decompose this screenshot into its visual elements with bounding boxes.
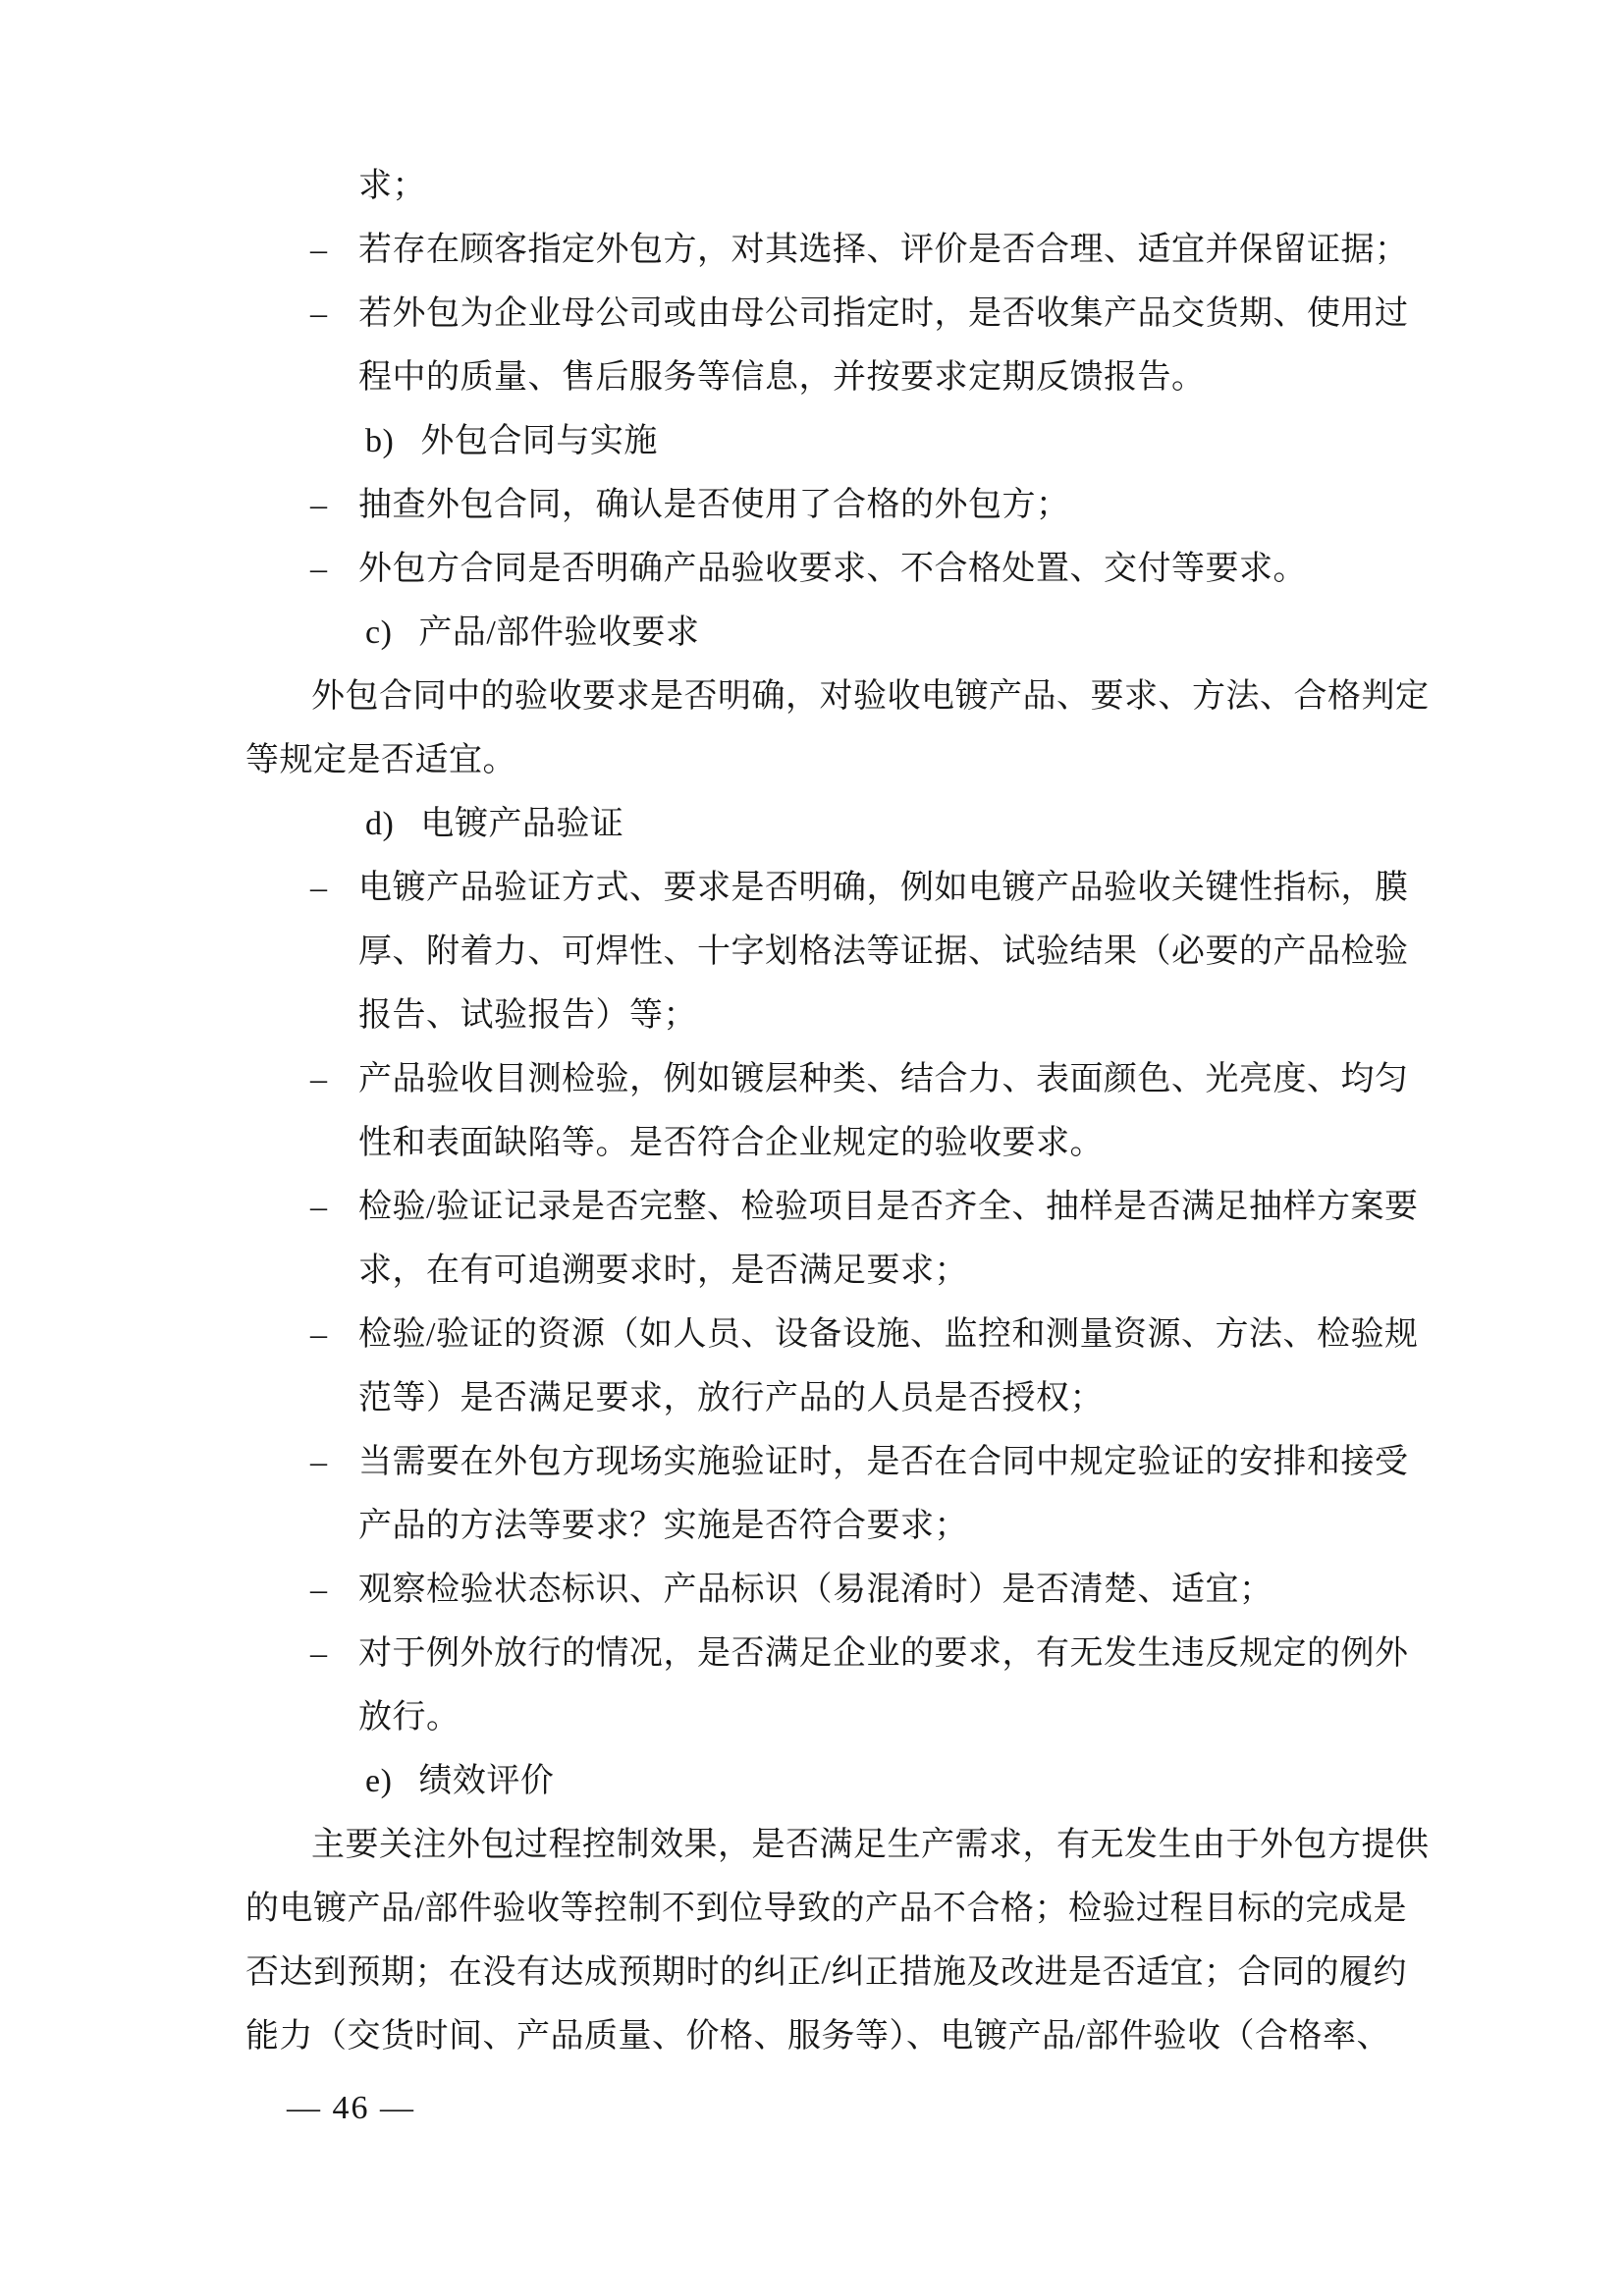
section-title: 电镀产品验证 [420,806,623,842]
dash-marker: – [310,856,328,920]
list-continuation-line: 放行。 [245,1685,1399,1749]
dash-marker: – [310,1558,328,1622]
list-item-text: 当需要在外包方现场实施验证时，是否在合同中规定验证的安排和接受 [358,1444,1409,1480]
list-item-dash: –检验/验证记录是否完整、检验项目是否齐全、抽样是否满足抽样方案要 [245,1175,1399,1239]
list-item-text: 外包方合同是否明确产品验收要求、不合格处置、交付等要求。 [358,551,1307,587]
page-number-footer: — 46 — [287,2076,415,2140]
list-item-text: 电镀产品验证方式、要求是否明确，例如电镀产品验收关键性指标，膜 [358,870,1409,906]
dash-marker: – [310,282,328,346]
dash-marker: – [310,537,328,601]
list-continuation-line: 性和表面缺陷等。是否符合企业规定的验收要求。 [245,1111,1399,1175]
list-item-dash: –检验/验证的资源（如人员、设备设施、监控和测量资源、方法、检验规 [245,1303,1399,1366]
list-item-dash: –电镀产品验证方式、要求是否明确，例如电镀产品验收关键性指标，膜 [245,856,1399,920]
list-item-text: 检验/验证记录是否完整、检验项目是否齐全、抽样是否满足抽样方案要 [358,1189,1418,1225]
section-header: e)绩效评价 [245,1749,1399,1813]
section-title: 外包合同与实施 [420,423,658,459]
paragraph-line: 否达到预期；在没有达成预期时的纠正/纠正措施及改进是否适宜；合同的履约 [245,1941,1399,2004]
section-header: d)电镀产品验证 [245,792,1399,856]
section-letter: e) [365,1749,392,1813]
section-letter: b) [365,409,394,473]
dash-marker: – [310,1622,328,1685]
paragraph-line: 等规定是否适宜。 [245,728,1399,792]
list-continuation-line: 求； [245,154,1399,218]
list-item-dash: –当需要在外包方现场实施验证时，是否在合同中规定验证的安排和接受 [245,1430,1399,1494]
paragraph-line: 的电镀产品/部件验收等控制不到位导致的产品不合格；检验过程目标的完成是 [245,1877,1399,1941]
list-item-text: 检验/验证的资源（如人员、设备设施、监控和测量资源、方法、检验规 [358,1316,1418,1353]
section-header: c)产品/部件验收要求 [245,601,1399,665]
paragraph-line: 能力（交货时间、产品质量、价格、服务等）、电镀产品/部件验收（合格率、 [245,2004,1399,2068]
list-continuation-line: 报告、试验报告）等； [245,984,1399,1047]
list-item-dash: –若存在顾客指定外包方，对其选择、评价是否合理、适宜并保留证据； [245,218,1399,282]
list-item-dash: –若外包为企业母公司或由母公司指定时，是否收集产品交货期、使用过 [245,282,1399,346]
section-title: 产品/部件验收要求 [418,614,699,651]
list-continuation-line: 范等）是否满足要求，放行产品的人员是否授权； [245,1366,1399,1430]
dash-marker: – [310,1175,328,1239]
document-page: 求；–若存在顾客指定外包方，对其选择、评价是否合理、适宜并保留证据；–若外包为企… [0,0,1624,2296]
list-continuation-line: 产品的方法等要求？实施是否符合要求； [245,1494,1399,1558]
dash-marker: – [310,1303,328,1366]
dash-marker: – [310,1047,328,1111]
list-item-text: 观察检验状态标识、产品标识（易混淆时）是否清楚、适宜； [358,1572,1273,1608]
list-item-text: 若外包为企业母公司或由母公司指定时，是否收集产品交货期、使用过 [358,295,1409,332]
list-item-dash: –观察检验状态标识、产品标识（易混淆时）是否清楚、适宜； [245,1558,1399,1622]
section-title: 绩效评价 [418,1763,554,1799]
list-continuation-line: 程中的质量、售后服务等信息，并按要求定期反馈报告。 [245,346,1399,409]
paragraph-line: 外包合同中的验收要求是否明确，对验收电镀产品、要求、方法、合格判定 [245,665,1399,728]
dash-marker: – [310,218,328,282]
list-item-dash: –抽查外包合同，确认是否使用了合格的外包方； [245,473,1399,537]
list-item-text: 对于例外放行的情况，是否满足企业的要求，有无发生违反规定的例外 [358,1635,1409,1672]
list-item-text: 若存在顾客指定外包方，对其选择、评价是否合理、适宜并保留证据； [358,232,1409,268]
list-item-dash: –产品验收目测检验，例如镀层种类、结合力、表面颜色、光亮度、均匀 [245,1047,1399,1111]
list-item-text: 产品验收目测检验，例如镀层种类、结合力、表面颜色、光亮度、均匀 [358,1061,1409,1097]
list-item-dash: –对于例外放行的情况，是否满足企业的要求，有无发生违反规定的例外 [245,1622,1399,1685]
section-header: b)外包合同与实施 [245,409,1399,473]
section-letter: d) [365,792,394,856]
paragraph-line: 主要关注外包过程控制效果，是否满足生产需求，有无发生由于外包方提供 [245,1813,1399,1877]
list-continuation-line: 求，在有可追溯要求时，是否满足要求； [245,1239,1399,1303]
list-item-dash: –外包方合同是否明确产品验收要求、不合格处置、交付等要求。 [245,537,1399,601]
dash-marker: – [310,1430,328,1494]
list-item-text: 抽查外包合同，确认是否使用了合格的外包方； [358,487,1070,523]
section-letter: c) [365,601,392,665]
list-continuation-line: 厚、附着力、可焊性、十字划格法等证据、试验结果（必要的产品检验 [245,920,1399,984]
dash-marker: – [310,473,328,537]
document-body: 求；–若存在顾客指定外包方，对其选择、评价是否合理、适宜并保留证据；–若外包为企… [245,154,1399,2068]
